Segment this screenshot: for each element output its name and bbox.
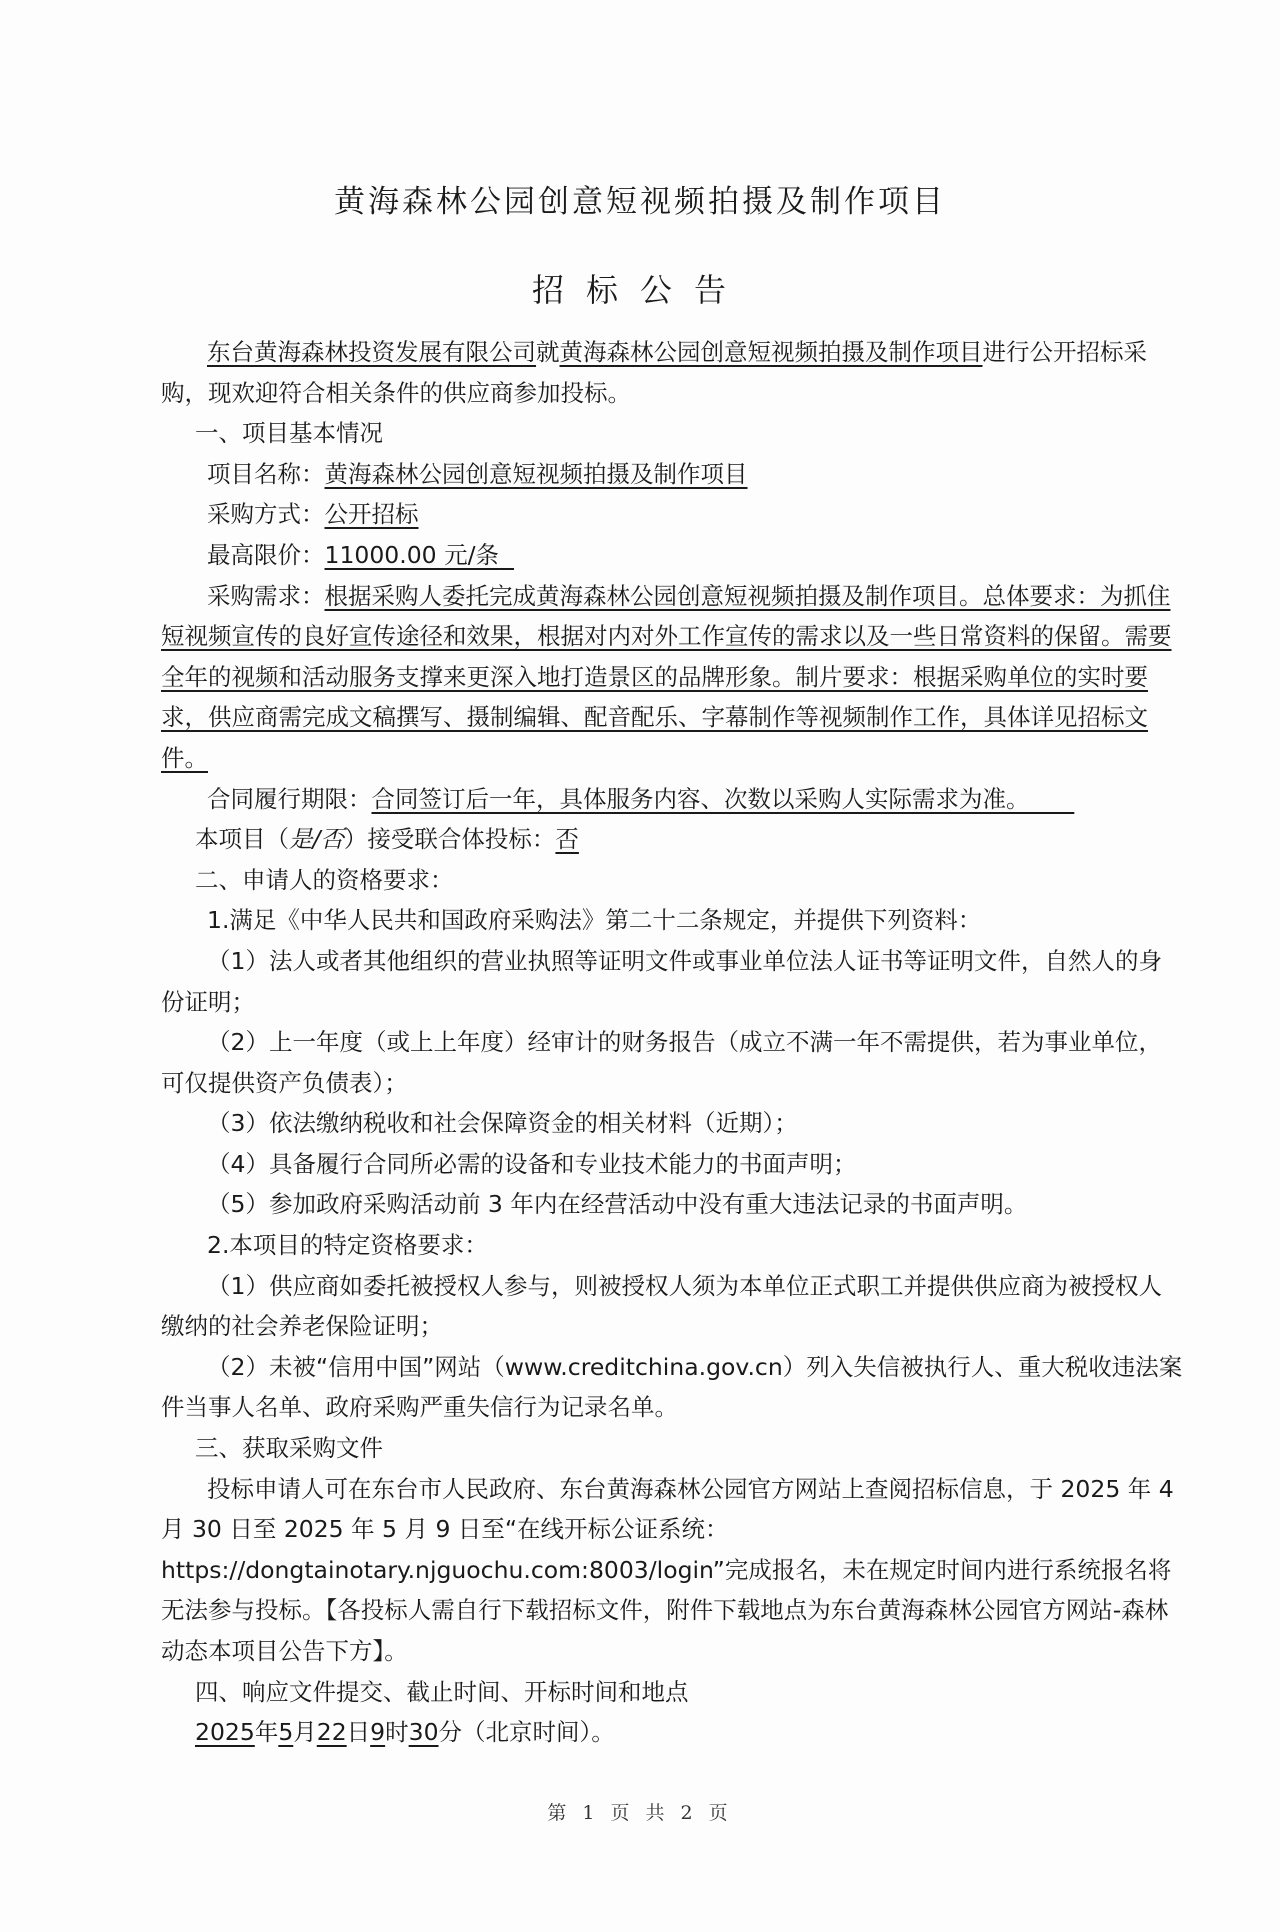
deadline-row: 2025年5月22日9时30分（北京时间）。	[161, 1712, 1185, 1753]
document-subtitle: 招标公告	[0, 265, 1280, 311]
hour-unit: 时	[385, 1718, 409, 1746]
page-indicator: 第 1 页 共 2 页	[0, 1798, 1280, 1825]
procurement-method-label: 采购方式：	[207, 500, 325, 528]
procurement-requirement-label: 采购需求：	[207, 582, 325, 610]
procurement-method-value: 公开招标	[325, 500, 419, 528]
document-body: 东台黄海森林投资发展有限公司就黄海森林公园创意短视频拍摄及制作项目进行公开招标采…	[161, 332, 1185, 1753]
deadline-hour: 9	[370, 1718, 385, 1746]
contract-period-value: 合同签订后一年，具体服务内容、次数以采购人实际需求为准。	[372, 785, 1030, 813]
intro-paragraph: 东台黄海森林投资发展有限公司就黄海森林公园创意短视频拍摄及制作项目进行公开招标采…	[161, 332, 1185, 413]
consortium-label-italic: 是/否	[289, 825, 344, 853]
consortium-row: 本项目（是/否）接受联合体投标：否	[161, 819, 1185, 860]
contract-period-row: 合同履行期限：合同签订后一年，具体服务内容、次数以采购人实际需求为准。	[161, 779, 1185, 820]
intro-connector: 就	[536, 338, 560, 366]
project-name-label: 项目名称：	[207, 460, 325, 488]
document-page: 黄海森林公园创意短视频拍摄及制作项目 招标公告 东台黄海森林投资发展有限公司就黄…	[0, 0, 1280, 1932]
year-unit: 年	[255, 1718, 279, 1746]
consortium-value: 否	[555, 825, 579, 853]
consortium-label-b: ）接受联合体投标：	[344, 825, 556, 853]
deadline-month: 5	[278, 1718, 293, 1746]
deadline-year: 2025	[195, 1718, 255, 1746]
qualification-list-item: （5）参加政府采购活动前 3 年内在经营活动中没有重大违法记录的书面声明。	[161, 1184, 1185, 1225]
section1-heading: 一、项目基本情况	[161, 413, 1185, 454]
month-unit: 月	[293, 1718, 317, 1746]
deadline-day: 22	[317, 1718, 347, 1746]
project-name-value: 黄海森林公园创意短视频拍摄及制作项目	[325, 460, 748, 488]
procurement-requirement-row: 采购需求：根据采购人委托完成黄海森林公园创意短视频拍摄及制作项目。总体要求：为抓…	[161, 576, 1185, 779]
intro-project-name: 黄海森林公园创意短视频拍摄及制作项目	[560, 338, 983, 366]
consortium-label-a: 本项目（	[195, 825, 289, 853]
deadline-minute: 30	[409, 1718, 439, 1746]
project-name-row: 项目名称：黄海森林公园创意短视频拍摄及制作项目	[161, 454, 1185, 495]
section4-heading: 四、响应文件提交、截止时间、开标时间和地点	[161, 1672, 1185, 1713]
qualification-list-item: （1）法人或者其他组织的营业执照等证明文件或事业单位法人证书等证明文件，自然人的…	[161, 941, 1185, 1022]
qualification-item2-heading: 2.本项目的特定资格要求：	[161, 1225, 1185, 1266]
day-unit: 日	[347, 1718, 371, 1746]
purchaser-name: 东台黄海森林投资发展有限公司	[207, 338, 536, 366]
section3-heading: 三、获取采购文件	[161, 1428, 1185, 1469]
procurement-method-row: 采购方式：公开招标	[161, 494, 1185, 535]
qualification-list-item: （2）上一年度（或上上年度）经审计的财务报告（成立不满一年不需提供，若为事业单位…	[161, 1022, 1185, 1103]
qualification-list-item: （4）具备履行合同所必需的设备和专业技术能力的书面声明；	[161, 1144, 1185, 1185]
section3-text: 投标申请人可在东台市人民政府、东台黄海森林公园官方网站上查阅招标信息，于 202…	[161, 1469, 1185, 1672]
max-price-row: 最高限价：11000.00 元/条	[161, 535, 1185, 576]
procurement-requirement-value: 根据采购人委托完成黄海森林公园创意短视频拍摄及制作项目。总体要求：为抓住短视频宣…	[161, 582, 1172, 772]
max-price-value: 11000.00 元/条	[325, 541, 500, 569]
document-title: 黄海森林公园创意短视频拍摄及制作项目	[0, 176, 1280, 221]
special-qualification-item: （2）未被“信用中国”网站（www.creditchina.gov.cn）列入失…	[161, 1347, 1185, 1428]
qualification-item1-heading: 1.满足《中华人民共和国政府采购法》第二十二条规定，并提供下列资料：	[161, 900, 1185, 941]
max-price-label: 最高限价：	[207, 541, 325, 569]
minute-unit: 分（北京时间）。	[439, 1718, 615, 1746]
qualification-list-item: （3）依法缴纳税收和社会保障资金的相关材料（近期）；	[161, 1103, 1185, 1144]
special-qualification-item: （1）供应商如委托被授权人参与，则被授权人须为本单位正式职工并提供供应商为被授权…	[161, 1266, 1185, 1347]
contract-period-label: 合同履行期限：	[207, 785, 372, 813]
section2-heading: 二、申请人的资格要求：	[161, 860, 1185, 901]
